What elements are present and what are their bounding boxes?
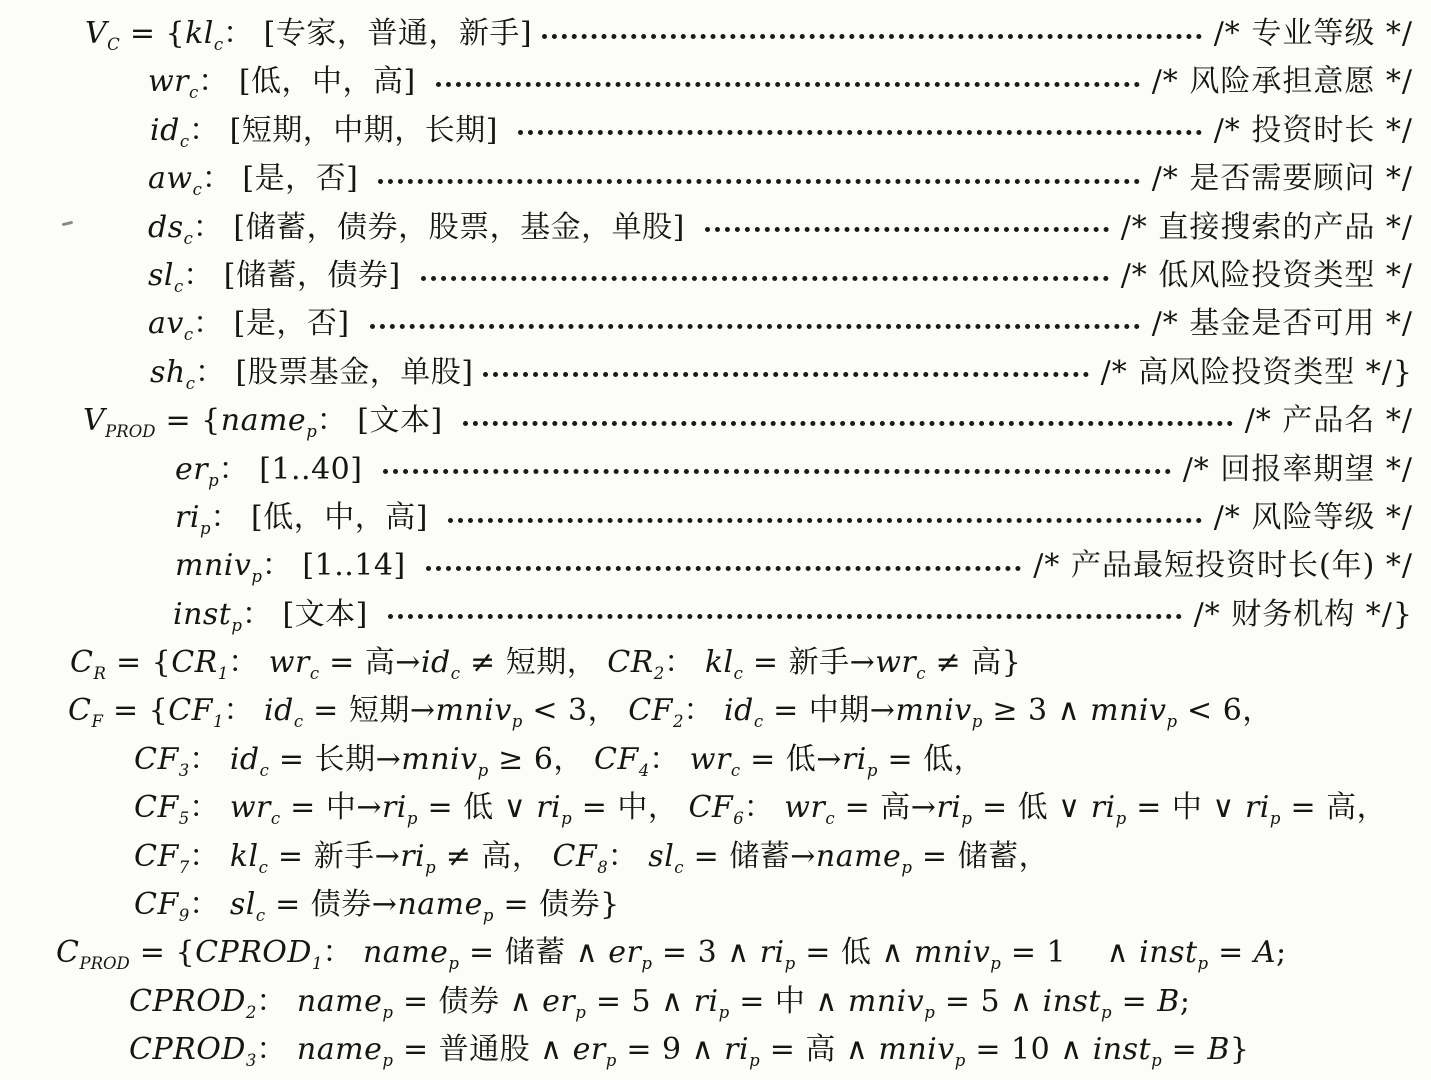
math-var: CR2 [607,639,664,687]
dotted-leader [542,34,1202,39]
math-text: ： [短期，中期，长期] [189,107,508,155]
math-text: ： [189,736,230,784]
math-var: idc [421,639,460,687]
math-var: CF9 [134,881,189,929]
math-var: instp [1139,929,1208,977]
math-var: wrc [875,639,925,687]
math-var: rip [936,784,972,832]
math-var: mnivp [1090,687,1177,735]
math-var: B [1157,978,1180,1026]
math-var: rip [842,736,878,784]
math-text: = [1112,978,1158,1026]
math-text: = { [103,687,168,735]
math-text: ： [专家，普通，新手] [223,10,532,58]
dotted-leader [518,130,1202,135]
math-var: mnivp [914,929,1001,977]
inline-comment: /* 基金是否可用 */ [1152,300,1413,348]
math-var: mnivp [175,542,262,590]
formula-line-20: CPROD = {CPROD1： namep = 储蓄 ∧ erp = 3 ∧ … [0,929,1413,977]
formula-line-5: dsc： [储蓄，债券，股票，基金，单股] /* 直接搜索的产品 */ [0,204,1413,252]
math-text: = { [120,10,185,58]
math-var: rip [1091,784,1127,832]
inline-comment: /* 低风险投资类型 */ [1121,252,1413,300]
math-text: ： [股票基金，单股] [195,349,473,397]
document-page: VC = {klc： [专家，普通，新手]/* 专业等级 */wrc： [低，中… [0,0,1431,1080]
dotted-leader [388,614,1182,619]
math-text: = [1162,1026,1208,1074]
math-var: wrc [148,58,198,106]
math-text: ： [储蓄，债券，股票，基金，单股] [193,204,695,252]
math-text: = 中→ [280,784,382,832]
math-text: ： [1..40] [219,446,373,494]
formula-block: VC = {klc： [专家，普通，新手]/* 专业等级 */wrc： [低，中… [0,10,1413,1075]
math-var: CPROD [56,929,130,977]
math-text: < 6， [1177,687,1273,735]
math-text: = 储蓄 ∧ [459,929,608,977]
inline-comment: /* 风险等级 */ [1214,494,1413,542]
math-text: ： [228,639,269,687]
math-var: CPROD3 [129,1026,256,1074]
math-text: = 中 ∧ [729,978,848,1026]
math-var: slc [648,833,683,881]
math-text: ≠ 高， [436,833,553,881]
math-var: idc [230,736,269,784]
math-var: wrc [269,639,319,687]
math-var: CR [70,639,106,687]
math-var: rip [1245,784,1281,832]
math-var: mnivp [401,736,488,784]
math-text: ： [608,833,649,881]
formula-line-10: erp： [1..40] /* 回报率期望 */ [0,446,1413,494]
math-var: mnivp [848,978,935,1026]
math-var: awc [148,155,202,203]
formula-line-7: avc： [是，否] /* 基金是否可用 */ [0,300,1413,348]
formula-line-4: awc： [是，否] /* 是否需要顾问 */ [0,155,1413,203]
math-var: klc [230,833,268,881]
math-text: = 高， [1280,784,1387,832]
formula-line-13: instp： [文本] /* 财务机构 */} [0,591,1413,639]
math-var: shc [150,349,195,397]
formula-line-15: CF = {CF1： idc = 短期→mnivp < 3， CF2： idc … [0,687,1413,735]
math-var: VPROD [83,397,155,445]
math-var: erp [608,929,652,977]
math-var: instp [173,591,242,639]
math-var: instp [1093,1026,1162,1074]
math-var: idc [150,107,189,155]
inline-comment: /* 风险承担意愿 */ [1152,58,1413,106]
math-var: slc [148,252,183,300]
inline-comment: /* 回报率期望 */ [1183,446,1413,494]
math-var: A [1254,929,1276,977]
math-text: ≥ 3 ∧ [982,687,1090,735]
math-text: ： [1..14] [262,542,416,590]
math-var: CF7 [134,833,189,881]
math-var: slc [230,881,265,929]
math-text: ≥ 6， [488,736,594,784]
math-text: = 中 ∨ [1126,784,1245,832]
math-text: ： [256,1026,297,1074]
dotted-leader [463,421,1233,426]
math-var: namep [816,833,912,881]
math-text: = 低 ∨ [417,784,536,832]
math-text: = 新手→ [743,639,875,687]
math-var: namep [297,1026,393,1074]
formula-line-19: CF9： slc = 债券→namep = 债券} [0,881,1413,929]
math-text: ： [文本] [317,397,453,445]
dotted-leader [483,372,1088,377]
math-var: CF5 [134,784,189,832]
math-text: = { [130,929,195,977]
math-var: wrc [230,784,280,832]
math-text: = 高→ [835,784,937,832]
math-text: = 中， [572,784,689,832]
math-var: rip [382,784,418,832]
formula-line-18: CF7： klc = 新手→rip ≠ 高， CF8： slc = 储蓄→nam… [0,833,1413,881]
inline-comment: /* 高风险投资类型 */} [1101,349,1413,397]
math-var: dsc [148,204,193,252]
formula-line-11: rip： [低，中，高] /* 风险等级 */ [0,494,1413,542]
math-text: = 9 ∧ [616,1026,724,1074]
inline-comment: /* 直接搜索的产品 */ [1121,204,1413,252]
math-var: idc [264,687,303,735]
math-text: ： [189,881,230,929]
formula-line-9: VPROD = {namep： [文本] /* 产品名 */ [0,397,1413,445]
math-text: ： [189,784,230,832]
dotted-leader [448,518,1202,523]
dotted-leader [421,276,1109,281]
math-text: = 低 ∧ [795,929,914,977]
math-text: = { [106,639,171,687]
math-text: ： [是，否] [193,300,359,348]
math-text: = 中期→ [763,687,895,735]
formula-line-14: CR = {CR1： wrc = 高→idc ≠ 短期， CR2： klc = … [0,639,1413,687]
dotted-leader [436,82,1140,87]
math-var: idc [724,687,763,735]
math-var: klc [185,10,223,58]
dotted-leader [383,469,1171,474]
math-text: ： [低，中，高] [211,494,438,542]
formula-line-2: wrc： [低，中，高] /* 风险承担意愿 */ [0,58,1413,106]
math-text: ： [文本] [242,591,378,639]
math-text: = 10 ∧ [965,1026,1092,1074]
math-var: CR1 [171,639,228,687]
inline-comment: /* 产品最短投资时长(年) */ [1033,542,1413,590]
math-var: B [1207,1026,1230,1074]
math-var: CF4 [594,736,649,784]
math-text: ： [683,687,724,735]
math-text: = 低， [877,736,984,784]
formula-line-6: slc： [储蓄，债券] /* 低风险投资类型 */ [0,252,1413,300]
math-text: ： [储蓄，债券] [183,252,410,300]
math-var: CF1 [168,687,223,735]
math-text: = 5 ∧ [586,978,694,1026]
inline-comment: /* 财务机构 */} [1194,591,1413,639]
math-text: = 普通股 ∧ [393,1026,573,1074]
math-var: erp [175,446,219,494]
math-text: = 1 ∧ [1001,929,1139,977]
math-var: rip [536,784,572,832]
math-var: mnivp [878,1026,965,1074]
dotted-leader [705,227,1109,232]
math-text: = 短期→ [303,687,435,735]
math-var: wrc [784,784,834,832]
math-var: CF6 [688,784,743,832]
inline-comment: /* 是否需要顾问 */ [1152,155,1413,203]
math-var: namep [397,881,493,929]
math-var: CF3 [134,736,189,784]
math-text: < 3， [522,687,628,735]
math-text: ： [189,833,230,881]
math-var: rip [400,833,436,881]
math-text: = [1208,929,1254,977]
math-var: rip [724,1026,760,1074]
math-var: erp [542,978,586,1026]
math-text: = 长期→ [269,736,401,784]
math-var: namep [297,978,393,1026]
formula-line-22: CPROD3： namep = 普通股 ∧ erp = 9 ∧ rip = 高 … [0,1026,1413,1074]
math-var: rip [760,929,796,977]
math-var: namep [363,929,459,977]
math-var: wrc [690,736,740,784]
math-var: namep [221,397,317,445]
math-text: = 低→ [740,736,842,784]
math-var: mnivp [435,687,522,735]
dotted-leader [426,566,1022,571]
inline-comment: /* 专业等级 */ [1214,10,1413,58]
math-var: rip [694,978,730,1026]
formula-line-16: CF3： idc = 长期→mnivp ≥ 6， CF4： wrc = 低→ri… [0,736,1413,784]
formula-line-8: shc： [股票基金，单股]/* 高风险投资类型 */} [0,349,1413,397]
inline-comment: /* 产品名 */ [1245,397,1413,445]
math-text: ： [是，否] [202,155,368,203]
math-text: = { [155,397,220,445]
math-var: avc [148,300,193,348]
math-text: ： [322,929,363,977]
math-text: = 高→ [319,639,421,687]
math-text: ; [1180,978,1191,1026]
math-var: CF2 [628,687,683,735]
math-text: = 债券} [493,881,619,929]
math-text: ： [664,639,705,687]
dotted-leader [370,324,1140,329]
math-var: erp [573,1026,617,1074]
math-text: ： [256,978,297,1026]
math-text: = 低 ∨ [972,784,1091,832]
math-var: VC [85,10,120,58]
formula-line-17: CF5： wrc = 中→rip = 低 ∨ rip = 中， CF6： wrc… [0,784,1413,832]
math-text: ： [224,687,265,735]
dotted-leader [378,179,1139,184]
formula-line-21: CPROD2： namep = 债券 ∧ erp = 5 ∧ rip = 中 ∧… [0,978,1413,1026]
math-text: ≠ 高} [926,639,1022,687]
inline-comment: /* 投资时长 */ [1214,107,1413,155]
math-text: = 债券→ [265,881,397,929]
math-var: CPROD1 [195,929,322,977]
math-text: = 储蓄→ [684,833,816,881]
math-text: ; [1276,929,1287,977]
math-text: = 高 ∧ [760,1026,879,1074]
math-text: = 5 ∧ [935,978,1043,1026]
math-text: } [1230,1026,1250,1074]
math-text: = 新手→ [268,833,400,881]
math-text: ： [744,784,785,832]
formula-line-1: VC = {klc： [专家，普通，新手]/* 专业等级 */ [0,10,1413,58]
math-var: mnivp [895,687,982,735]
formula-line-3: idc： [短期，中期，长期] /* 投资时长 */ [0,107,1413,155]
math-var: klc [705,639,743,687]
math-text: ≠ 短期， [460,639,607,687]
math-var: CPROD2 [129,978,256,1026]
math-text: ： [低，中，高] [198,58,425,106]
math-text: = 债券 ∧ [393,978,542,1026]
math-var: instp [1043,978,1112,1026]
math-var: CF8 [552,833,607,881]
formula-line-12: mnivp： [1..14] /* 产品最短投资时长(年) */ [0,542,1413,590]
math-text: = 3 ∧ [652,929,760,977]
math-var: CF [68,687,103,735]
math-var: rip [175,494,211,542]
math-text: ： [649,736,690,784]
math-text: = 储蓄， [912,833,1049,881]
